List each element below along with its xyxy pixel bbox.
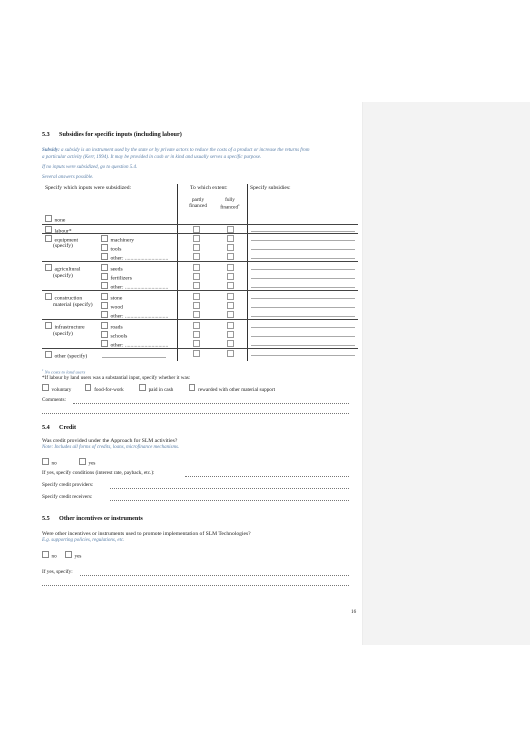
credit-receivers-field[interactable] [110, 500, 349, 501]
definition-text: a subsidy is an instrument used by the s… [61, 148, 310, 153]
checkbox[interactable] [101, 264, 108, 271]
group-label-specify: (specify) [53, 243, 73, 249]
checkbox[interactable] [101, 244, 108, 251]
comments-field-line2[interactable] [42, 413, 349, 414]
footnote-text: No costs to land users [45, 370, 86, 375]
checkbox[interactable] [45, 235, 52, 242]
labour-option-material-support[interactable]: rewarded with other material support [189, 387, 275, 393]
extent-checkbox[interactable] [193, 226, 200, 233]
row-divider [42, 348, 358, 349]
checkbox[interactable] [101, 273, 108, 280]
extent-checkbox[interactable] [227, 331, 234, 338]
credit-providers-field[interactable] [110, 488, 349, 489]
section-number: 5.4 [42, 424, 59, 431]
option-none[interactable]: none [45, 215, 65, 224]
financed-label: financed [220, 205, 238, 211]
group-label-specify: (specify) [53, 331, 73, 337]
extent-checkbox[interactable] [193, 350, 200, 357]
credit-conditions-field[interactable] [185, 476, 349, 477]
checkbox[interactable] [45, 351, 52, 358]
option-label: stone [111, 296, 123, 302]
credit-receivers-label: Specify credit receivers: [42, 494, 92, 500]
row-divider [42, 261, 358, 262]
group-label: agricultural [55, 267, 81, 273]
credit-option-no[interactable]: no [42, 458, 57, 467]
subsidy-definition-line2: a particular activity (Kerr, 1994). It m… [42, 155, 261, 160]
definition-term: Subsidy: [42, 148, 60, 153]
document-page: 5.3Subsidies for specific inputs (includ… [0, 0, 530, 749]
checkbox[interactable] [42, 384, 49, 391]
extent-checkbox[interactable] [193, 253, 200, 260]
specify-subsidy-field[interactable] [251, 345, 355, 346]
labour-option-food-for-work[interactable]: food-for-work [85, 387, 124, 393]
footnote-marker: 1 [238, 203, 240, 207]
option-schools[interactable]: schools [101, 331, 127, 340]
option-label: seeds [111, 267, 123, 273]
specify-subsidy-field[interactable] [251, 287, 355, 288]
extent-checkbox[interactable] [227, 264, 234, 271]
option-label: other (specify) [55, 354, 88, 360]
option-label: fertilizers [111, 276, 132, 282]
checkbox[interactable] [42, 551, 49, 558]
credit-option-yes[interactable]: yes [79, 458, 95, 467]
extent-checkbox[interactable] [227, 293, 234, 300]
other-specify-field[interactable] [102, 357, 166, 358]
option-other-specify[interactable]: other (specify) [45, 351, 87, 360]
checkbox[interactable] [101, 311, 108, 318]
specify-subsidy-field[interactable] [251, 278, 355, 279]
extent-checkbox[interactable] [193, 282, 200, 289]
extent-checkbox[interactable] [193, 264, 200, 271]
multiple-answers-note: Several answers possible. [42, 175, 94, 180]
extent-checkbox[interactable] [227, 322, 234, 329]
specify-subsidy-field[interactable] [251, 316, 355, 317]
incentives-note: E.g. supporting policies, regulations, e… [42, 538, 124, 543]
col-header-fully: fully financed1 [216, 197, 244, 211]
checkbox[interactable] [101, 282, 108, 289]
table-divider [177, 184, 178, 361]
credit-question: Was credit provided under the Approach f… [42, 438, 177, 444]
checkbox[interactable] [45, 322, 52, 329]
col-header-extent: To which extent: [190, 185, 228, 191]
group-construction[interactable]: construction [45, 293, 82, 302]
incentives-option-yes[interactable]: yes [65, 551, 81, 560]
specify-subsidy-field[interactable] [251, 327, 355, 328]
extent-checkbox[interactable] [227, 311, 234, 318]
option-label: food-for-work [94, 387, 124, 393]
group-agricultural[interactable]: agricultural [45, 264, 80, 273]
specify-subsidy-field[interactable] [251, 240, 355, 241]
incentives-specify-label: If yes, specify: [42, 569, 73, 575]
group-label: infrastructure [55, 325, 85, 331]
col-header-inputs: Specify which inputs were subsidized: [45, 185, 131, 191]
option-label: wood [111, 305, 123, 311]
extent-checkbox[interactable] [193, 322, 200, 329]
section-number: 5.3 [42, 131, 59, 138]
extent-checkbox[interactable] [227, 350, 234, 357]
option-label: yes [75, 554, 82, 560]
labour-question: *If labour by land users was a substanti… [42, 375, 190, 381]
checkbox[interactable] [189, 384, 196, 391]
incentives-option-no[interactable]: no [42, 551, 57, 560]
specify-subsidy-field[interactable] [251, 307, 355, 308]
col-header-specify: Specify subsidies: [250, 185, 291, 191]
specify-subsidy-field[interactable] [251, 231, 355, 232]
checkbox[interactable] [45, 215, 52, 222]
group-infrastructure[interactable]: infrastructure [45, 322, 85, 331]
section-5-3-heading: 5.3Subsidies for specific inputs (includ… [42, 131, 182, 138]
option-label: none [55, 218, 66, 224]
section-5-5-heading: 5.5Other incentives or instruments [42, 515, 143, 522]
checkbox[interactable] [65, 551, 72, 558]
checkbox[interactable] [42, 458, 49, 465]
checkbox[interactable] [45, 226, 52, 233]
row-divider [42, 290, 358, 291]
option-label: paid in cash [149, 387, 174, 393]
incentives-question: Were other incentives or instruments use… [42, 531, 251, 537]
option-tools[interactable]: tools [101, 244, 121, 253]
group-label: construction [55, 296, 83, 302]
financed-label: financed [188, 203, 208, 209]
option-label: yes [89, 461, 96, 467]
credit-conditions-label: If yes, specify conditions (interest rat… [42, 470, 155, 476]
extent-checkbox[interactable] [193, 311, 200, 318]
extent-checkbox[interactable] [193, 235, 200, 242]
option-label: machinery [111, 238, 135, 244]
option-stone[interactable]: stone [101, 293, 122, 302]
option-label: no [52, 554, 57, 560]
credit-providers-label: Specify credit providers: [42, 482, 93, 488]
row-divider [42, 233, 358, 234]
section-title: Other incentives or instruments [59, 515, 143, 522]
option-label: no [52, 461, 57, 467]
comment-margin-panel [362, 102, 530, 645]
option-label: voluntary [52, 387, 72, 393]
incentives-specify-field-line2[interactable] [42, 585, 349, 586]
section-title: Credit [59, 424, 76, 431]
col-header-partly: partly financed [188, 197, 208, 209]
specify-subsidy-field[interactable] [251, 249, 355, 250]
comments-field[interactable] [73, 403, 349, 404]
extent-checkbox[interactable] [193, 244, 200, 251]
option-label: roads [111, 325, 123, 331]
credit-note: Note: Includes all forms of credits, loa… [42, 445, 179, 450]
option-label: rewarded with other material support [198, 387, 275, 393]
extent-checkbox[interactable] [193, 302, 200, 309]
incentives-specify-field[interactable] [80, 575, 349, 576]
checkbox[interactable] [101, 235, 108, 242]
table-divider [247, 184, 248, 361]
option-seeds[interactable]: seeds [101, 264, 123, 273]
extent-checkbox[interactable] [227, 282, 234, 289]
extent-checkbox[interactable] [227, 253, 234, 260]
group-label-specify: (specify) [53, 273, 73, 279]
option-roads[interactable]: roads [101, 322, 123, 331]
checkbox[interactable] [45, 293, 52, 300]
specify-subsidy-field[interactable] [251, 269, 355, 270]
checkbox[interactable] [139, 384, 146, 391]
checkbox[interactable] [101, 253, 108, 260]
footnote: 1 No costs to land users [42, 368, 85, 375]
checkbox[interactable] [101, 302, 108, 309]
extent-checkbox[interactable] [227, 302, 234, 309]
extent-checkbox[interactable] [227, 235, 234, 242]
extent-checkbox[interactable] [227, 273, 234, 280]
specify-subsidy-field[interactable] [251, 298, 355, 299]
specify-subsidy-field[interactable] [251, 355, 355, 356]
section-title: Subsidies for specific inputs (including… [59, 131, 182, 138]
page-number: 16 [351, 609, 356, 615]
checkbox[interactable] [101, 293, 108, 300]
extent-checkbox[interactable] [193, 331, 200, 338]
option-label: schools [111, 334, 128, 340]
checkbox[interactable] [45, 264, 52, 271]
checkbox[interactable] [79, 458, 86, 465]
extent-checkbox[interactable] [227, 244, 234, 251]
subsidy-definition-line1: Subsidy: a subsidy is an instrument used… [42, 148, 310, 153]
labour-options: voluntary food-for-work paid in cash rew… [42, 384, 275, 393]
row-divider [42, 224, 358, 225]
extent-checkbox[interactable] [227, 340, 234, 347]
footnote-number: 1 [42, 368, 44, 372]
specify-subsidy-field[interactable] [251, 258, 355, 259]
option-fertilizers[interactable]: fertilizers [101, 273, 132, 282]
labour-option-paid-in-cash[interactable]: paid in cash [139, 387, 173, 393]
option-machinery[interactable]: machinery [101, 235, 134, 244]
extent-checkbox[interactable] [193, 273, 200, 280]
extent-checkbox[interactable] [193, 340, 200, 347]
skip-instruction: If no inputs were subsidized, go to ques… [42, 165, 137, 170]
comments-label: Comments: [42, 397, 66, 403]
extent-checkbox[interactable] [193, 293, 200, 300]
checkbox[interactable] [85, 384, 92, 391]
specify-subsidy-field[interactable] [251, 336, 355, 337]
row-divider [42, 319, 358, 320]
section-5-4-heading: 5.4Credit [42, 424, 76, 431]
checkbox[interactable] [101, 331, 108, 338]
group-label-specify: material (specify) [53, 302, 93, 308]
extent-checkbox[interactable] [227, 226, 234, 233]
checkbox[interactable] [101, 340, 108, 347]
checkbox[interactable] [101, 322, 108, 329]
option-label: tools [111, 247, 122, 253]
labour-option-voluntary[interactable]: voluntary [42, 387, 71, 393]
option-wood[interactable]: wood [101, 302, 123, 311]
section-number: 5.5 [42, 515, 59, 522]
